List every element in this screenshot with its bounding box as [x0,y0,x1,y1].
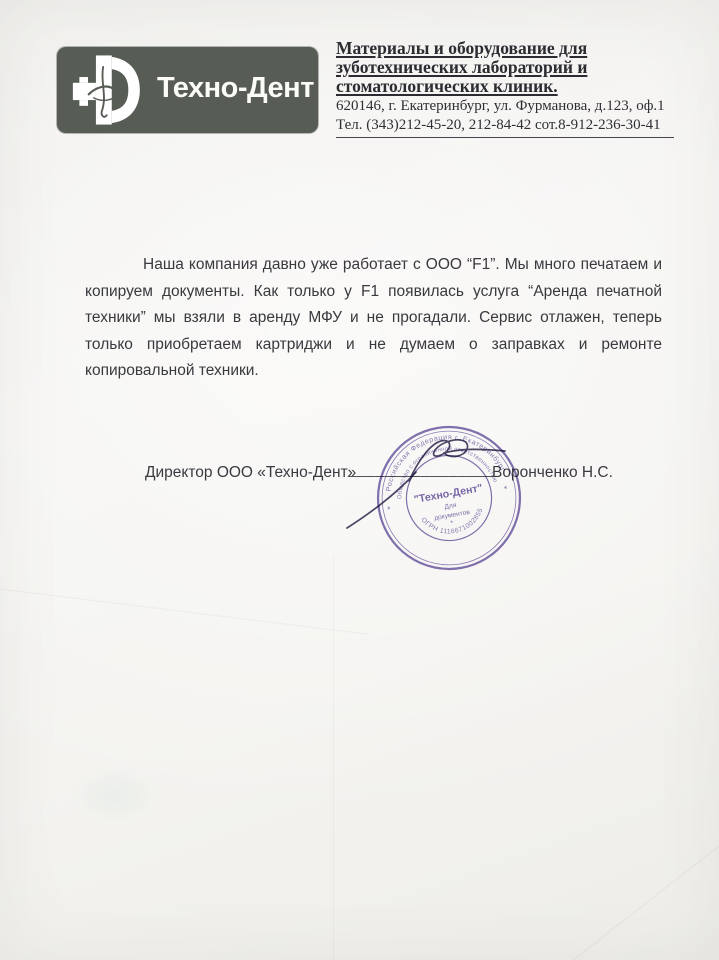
company-address: 620146, г. Екатеринбург, ул. Фурманова, … [336,97,676,116]
stamp-star-right: * [503,484,509,495]
paper-fold-line [333,555,334,960]
body-line: Наша компания давно уже работает с ООО “… [85,252,662,279]
body-line: копируем документы. Как только у F1 появ… [85,279,662,306]
paper-smudge [70,765,160,825]
letterhead-divider [336,137,674,138]
stamp-star-bottom: * [450,519,454,527]
tooth-cross-logo-icon [70,54,142,126]
stamp-center-line2: Для [444,502,457,511]
paper-crease [0,586,369,635]
tagline-line-2: зуботехнических лабораторий и [336,58,676,77]
body-line: только приобретаем картриджи и не думаем… [85,332,662,359]
company-logo: Техно-Дент [57,47,318,133]
tagline-line-3: стоматологических клиник. [336,77,676,96]
company-logo-name: Техно-Дент [157,72,314,108]
company-stamp: Российская Федерация г. Екатеринбург Общ… [362,411,536,585]
signatory-title: Директор ООО «Техно-Дент» [145,464,356,482]
stamp-star-left: * [386,504,392,515]
company-phone: Тел. (343)212-45-20, 212-84-42 сот.8-912… [336,116,676,135]
tagline-line-1: Материалы и оборудование для [336,39,676,58]
svg-text:Российская Федерация г. Екатер: Российская Федерация г. Екатеринбург [376,423,507,493]
body-line: техники” мы взяли в аренду МФУ и не прог… [85,305,662,332]
letterhead-text-block: Материалы и оборудование для зуботехниче… [336,39,676,138]
stamp-outer-ring-text: Российская Федерация г. Екатеринбург [376,423,507,493]
body-line: копировальной техники. [85,358,662,385]
paper-crease [572,800,719,960]
letter-body: Наша компания давно уже работает с ООО “… [85,252,662,385]
scanned-letter-page: Техно-Дент Материалы и оборудование для … [0,0,719,960]
